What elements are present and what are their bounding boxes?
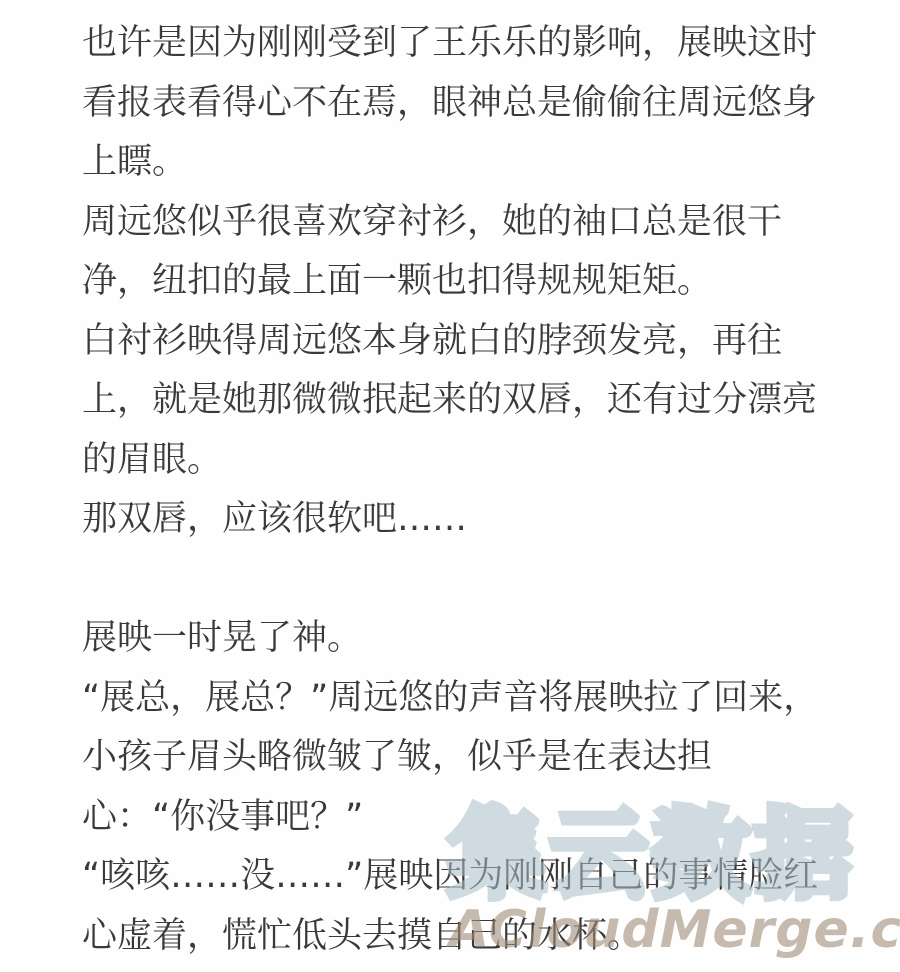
text-line: 白衬衫映得周远悠本身就白的脖颈发亮，再往 bbox=[82, 312, 842, 372]
text-line: 的眉眼。 bbox=[82, 431, 842, 491]
text-line: 也许是因为刚刚受到了王乐乐的影响，展映这时 bbox=[82, 14, 842, 74]
text-line: 上瞟。 bbox=[82, 133, 842, 193]
text-line: 心：“你没事吧？” bbox=[82, 788, 842, 848]
text-line: 上，就是她那微微抿起来的双唇，还有过分漂亮 bbox=[82, 371, 842, 431]
text-line: 展映一时晃了神。 bbox=[82, 609, 842, 669]
text-line: 净，纽扣的最上面一颗也扣得规规矩矩。 bbox=[82, 252, 842, 312]
text-line: 那双唇，应该很软吧…… bbox=[82, 490, 842, 550]
text-line: 心虚着，慌忙低头去摸自己的水杯。 bbox=[82, 907, 842, 967]
text-line: 小孩子眉头略微皱了皱，似乎是在表达担 bbox=[82, 728, 842, 788]
page: 也许是因为刚刚受到了王乐乐的影响，展映这时 看报表看得心不在焉，眼神总是偷偷往周… bbox=[0, 0, 900, 972]
text-line: “咳咳……没……”展映因为刚刚自己的事情脸红 bbox=[82, 847, 842, 907]
text-line: 周远悠似乎很喜欢穿衬衫，她的袖口总是很干 bbox=[82, 193, 842, 253]
blank-line bbox=[82, 550, 842, 610]
text-line: “展总，展总？”周远悠的声音将展映拉了回来， bbox=[82, 669, 842, 729]
novel-text-body: 也许是因为刚刚受到了王乐乐的影响，展映这时 看报表看得心不在焉，眼神总是偷偷往周… bbox=[82, 14, 842, 966]
text-line: 看报表看得心不在焉，眼神总是偷偷往周远悠身 bbox=[82, 74, 842, 134]
